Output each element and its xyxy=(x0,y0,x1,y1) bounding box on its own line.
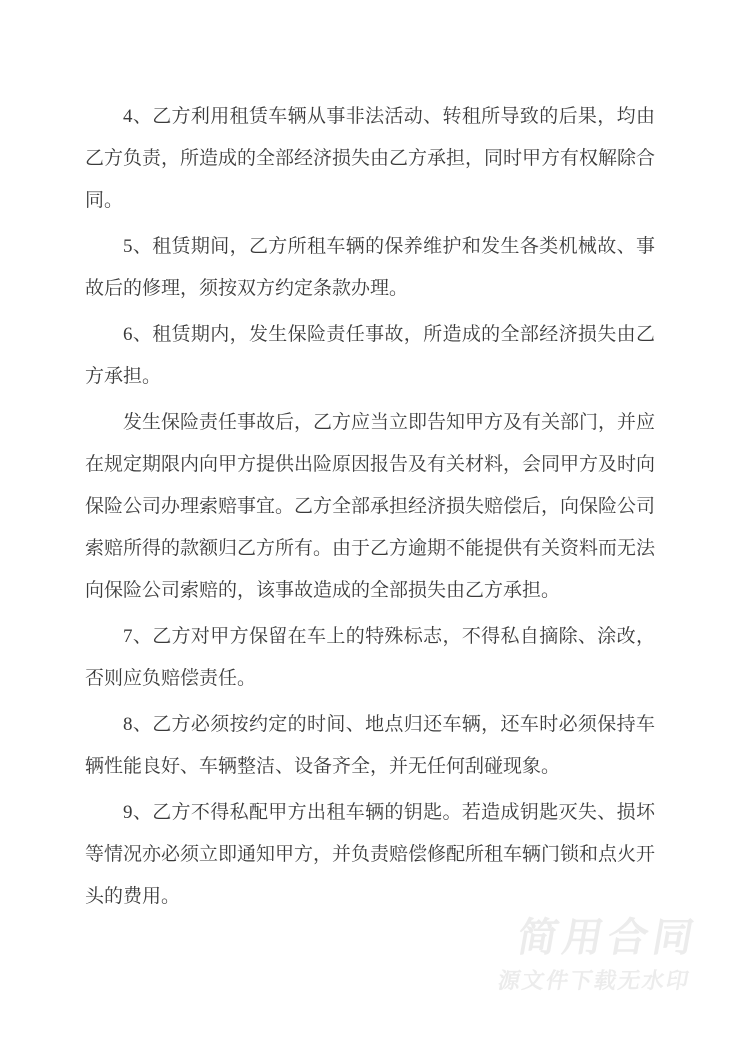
text-line: 保险公司办理索赔事宜。乙方全部承担经济损失赔偿后，向保险公司 xyxy=(85,486,655,528)
paragraph-clause-9: 9、乙方不得私配甲方出租车辆的钥匙。若造成钥匙灭失、损坏等情况亦必须立即通知甲方… xyxy=(85,792,655,918)
text-line: 辆性能良好、车辆整洁、设备齐全，并无任何刮碰现象。 xyxy=(85,746,655,788)
paragraph-clause-6: 6、租赁期内，发生保险责任事故，所造成的全部经济损失由乙方承担。 xyxy=(85,314,655,398)
watermark: 简用合同 源文件下载无水印 xyxy=(496,916,702,994)
paragraph-insurance-claim-procedure: 发生保险责任事故后，乙方应当立即告知甲方及有关部门，并应在规定期限内向甲方提供出… xyxy=(85,402,655,612)
text-line: 8、乙方必须按约定的时间、地点归还车辆，还车时必须保持车 xyxy=(85,704,655,746)
text-line: 6、租赁期内，发生保险责任事故，所造成的全部经济损失由乙 xyxy=(85,314,655,356)
watermark-subtitle-text: 源文件下载无水印 xyxy=(496,968,693,994)
text-line: 7、乙方对甲方保留在车上的特殊标志，不得私自摘除、涂改， xyxy=(85,616,655,658)
document-page: 4、乙方利用租赁车辆从事非法活动、转租所导致的后果，均由乙方负责，所造成的全部经… xyxy=(0,0,742,1049)
text-line: 等情况亦必须立即通知甲方，并负责赔偿修配所租车辆门锁和点火开 xyxy=(85,834,655,876)
text-line: 9、乙方不得私配甲方出租车辆的钥匙。若造成钥匙灭失、损坏 xyxy=(85,792,655,834)
text-line: 否则应负赔偿责任。 xyxy=(85,658,655,700)
text-line: 方承担。 xyxy=(85,356,655,398)
text-line: 5、租赁期间，乙方所租车辆的保养维护和发生各类机械故、事 xyxy=(85,226,655,268)
text-line: 向保险公司索赔的，该事故造成的全部损失由乙方承担。 xyxy=(85,570,655,612)
paragraph-clause-5: 5、租赁期间，乙方所租车辆的保养维护和发生各类机械故、事故后的修理，须按双方约定… xyxy=(85,226,655,310)
text-line: 4、乙方利用租赁车辆从事非法活动、转租所导致的后果，均由 xyxy=(85,96,655,138)
text-line: 故后的修理，须按双方约定条款办理。 xyxy=(85,268,655,310)
paragraph-clause-4: 4、乙方利用租赁车辆从事非法活动、转租所导致的后果，均由乙方负责，所造成的全部经… xyxy=(85,96,655,222)
text-line: 在规定期限内向甲方提供出险原因报告及有关材料，会同甲方及时向 xyxy=(85,444,655,486)
text-line: 头的费用。 xyxy=(85,876,655,918)
text-line: 索赔所得的款额归乙方所有。由于乙方逾期不能提供有关资料而无法 xyxy=(85,528,655,570)
text-line: 乙方负责，所造成的全部经济损失由乙方承担，同时甲方有权解除合 xyxy=(85,138,655,180)
watermark-brand-text: 简用合同 xyxy=(502,916,702,960)
paragraph-clause-8: 8、乙方必须按约定的时间、地点归还车辆，还车时必须保持车辆性能良好、车辆整洁、设… xyxy=(85,704,655,788)
text-line: 发生保险责任事故后，乙方应当立即告知甲方及有关部门，并应 xyxy=(85,402,655,444)
text-line: 同。 xyxy=(85,180,655,222)
contract-clauses: 4、乙方利用租赁车辆从事非法活动、转租所导致的后果，均由乙方负责，所造成的全部经… xyxy=(85,96,655,922)
paragraph-clause-7: 7、乙方对甲方保留在车上的特殊标志，不得私自摘除、涂改，否则应负赔偿责任。 xyxy=(85,616,655,700)
